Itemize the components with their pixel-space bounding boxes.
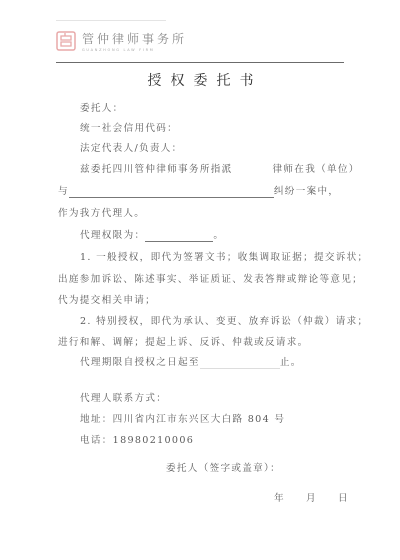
- delegate-line-end: 律师在我（单位）: [273, 164, 360, 175]
- dispute-prefix: 与: [58, 186, 69, 197]
- scope-line: 代理权限为： 。: [80, 227, 224, 242]
- special-auth-line-2: 进行和解、调解；提起上诉、反诉、仲裁或反请求。: [58, 334, 309, 348]
- scope-end: 。: [213, 230, 224, 241]
- general-auth-line-2: 出庭参加诉讼、陈述事实、举证质证、发表答辩或辩论等意见；: [58, 271, 363, 285]
- date-day: 日: [338, 490, 349, 504]
- seal-logo-icon: [56, 31, 76, 51]
- term-suffix: 止。: [280, 357, 302, 368]
- top-divider: [56, 20, 166, 21]
- firm-name: 管仲律师事务所: [82, 30, 187, 47]
- dispute-line: 与 纠纷一案中，: [58, 183, 339, 198]
- date-year: 年: [274, 490, 285, 504]
- signature-label: 委托人（签字或盖章）：: [166, 460, 281, 474]
- term-line: 代理期限自授权之日起至 止。: [80, 354, 302, 369]
- delegate-line: 兹委托四川管仲律师事务所指派律师在我（单位）: [80, 161, 360, 175]
- delegate-line-start: 兹委托四川管仲律师事务所指派: [80, 164, 233, 175]
- scope-label: 代理权限为：: [80, 230, 145, 241]
- scope-blank[interactable]: [145, 230, 213, 242]
- general-auth-line-3: 代为提交相关申请；: [58, 292, 156, 306]
- document-title: 授权委托书: [0, 70, 400, 90]
- principal-label: 委托人：: [80, 100, 124, 114]
- credit-code-label: 统一社会信用代码：: [80, 120, 178, 134]
- contact-label: 代理人联系方式：: [80, 390, 167, 404]
- header-divider: [56, 62, 344, 63]
- legal-rep-label: 法定代表人/负责人：: [80, 140, 183, 154]
- dispute-party-blank[interactable]: [69, 186, 274, 198]
- date-month: 月: [306, 490, 317, 504]
- term-prefix: 代理期限自授权之日起至: [80, 357, 200, 368]
- firm-name-en: GUANZHONG LAW FIRM: [82, 48, 154, 52]
- phone: 电话：18980210006: [80, 432, 194, 446]
- term-date-blank[interactable]: [200, 357, 280, 369]
- special-auth-line-1: 2. 特别授权，即代为承认、变更、放弃诉讼（仲裁）请求；: [80, 313, 368, 327]
- dispute-suffix: 纠纷一案中，: [274, 186, 339, 197]
- agent-line: 作为我方代理人。: [58, 205, 145, 219]
- address: 地址：四川省内江市东兴区大白路 804 号: [80, 411, 285, 425]
- general-auth-line-1: 1. 一般授权，即代为签署文书；收集调取证据；提交诉状；: [80, 249, 368, 263]
